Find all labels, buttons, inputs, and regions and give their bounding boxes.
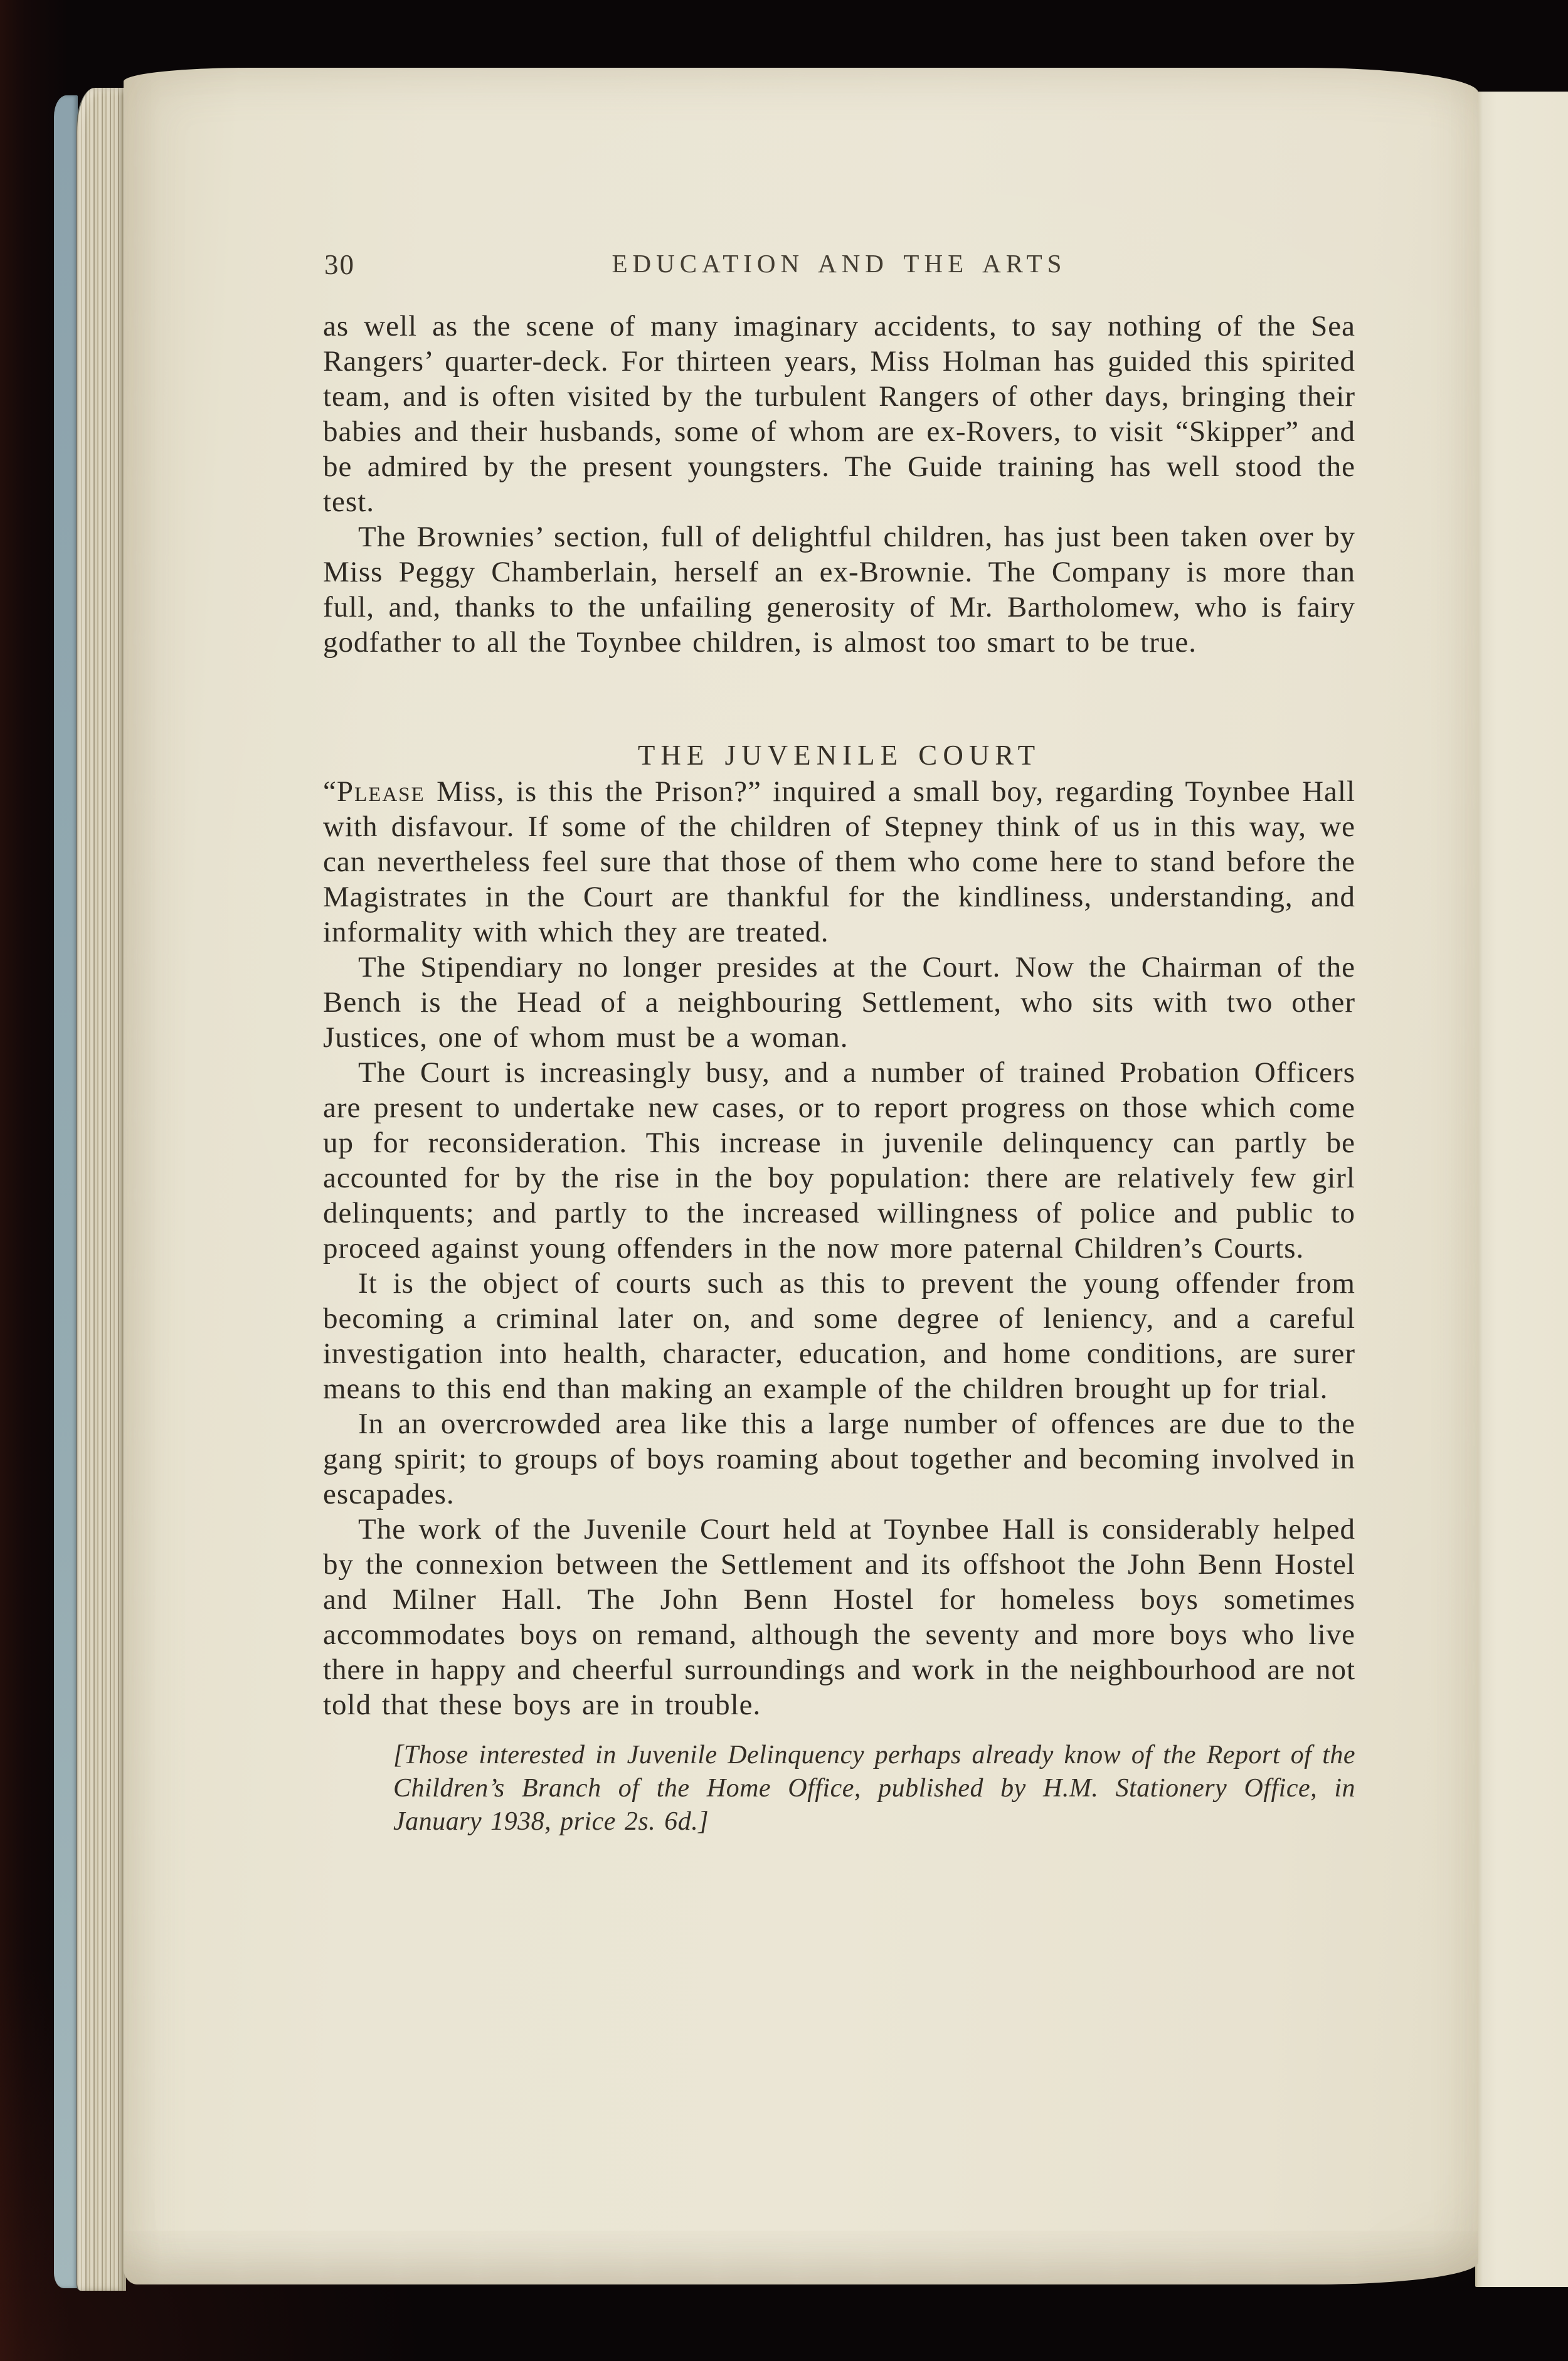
paragraph-group-top: as well as the scene of many imaginary a… (323, 309, 1355, 660)
page-body: as well as the scene of many imaginary a… (323, 309, 1355, 1838)
underlying-page-edge (1475, 92, 1568, 2287)
page-number: 30 (324, 250, 355, 280)
paragraph: The Stipendiary no longer presides at th… (323, 950, 1355, 1055)
smallcaps-lead: Please (337, 775, 425, 808)
paragraph: It is the object of courts such as this … (323, 1266, 1355, 1406)
book-page: 30 EDUCATION AND THE ARTS as well as the… (124, 68, 1478, 2284)
running-header: EDUCATION AND THE ARTS (323, 248, 1355, 279)
paragraph-group-after-heading: “Please Miss, is this the Prison?” inqui… (323, 774, 1355, 1722)
footnote: [Those interested in Juvenile Delinquenc… (393, 1739, 1355, 1838)
page-header: 30 EDUCATION AND THE ARTS (323, 248, 1355, 281)
paragraph: In an overcrowded area like this a large… (323, 1406, 1355, 1512)
paragraph: The Court is increasingly busy, and a nu… (323, 1055, 1355, 1266)
paragraph: “Please Miss, is this the Prison?” inqui… (323, 774, 1355, 950)
paragraph: The work of the Juvenile Court held at T… (323, 1512, 1355, 1722)
section-heading: THE JUVENILE COURT (323, 738, 1355, 773)
page-stack-edges (76, 88, 126, 2291)
book-scan: 30 EDUCATION AND THE ARTS as well as the… (0, 0, 1568, 2361)
paragraph: as well as the scene of many imaginary a… (323, 309, 1355, 519)
paragraph: The Brownies’ section, full of delightfu… (323, 519, 1355, 660)
book-cover-edge (54, 95, 78, 2288)
